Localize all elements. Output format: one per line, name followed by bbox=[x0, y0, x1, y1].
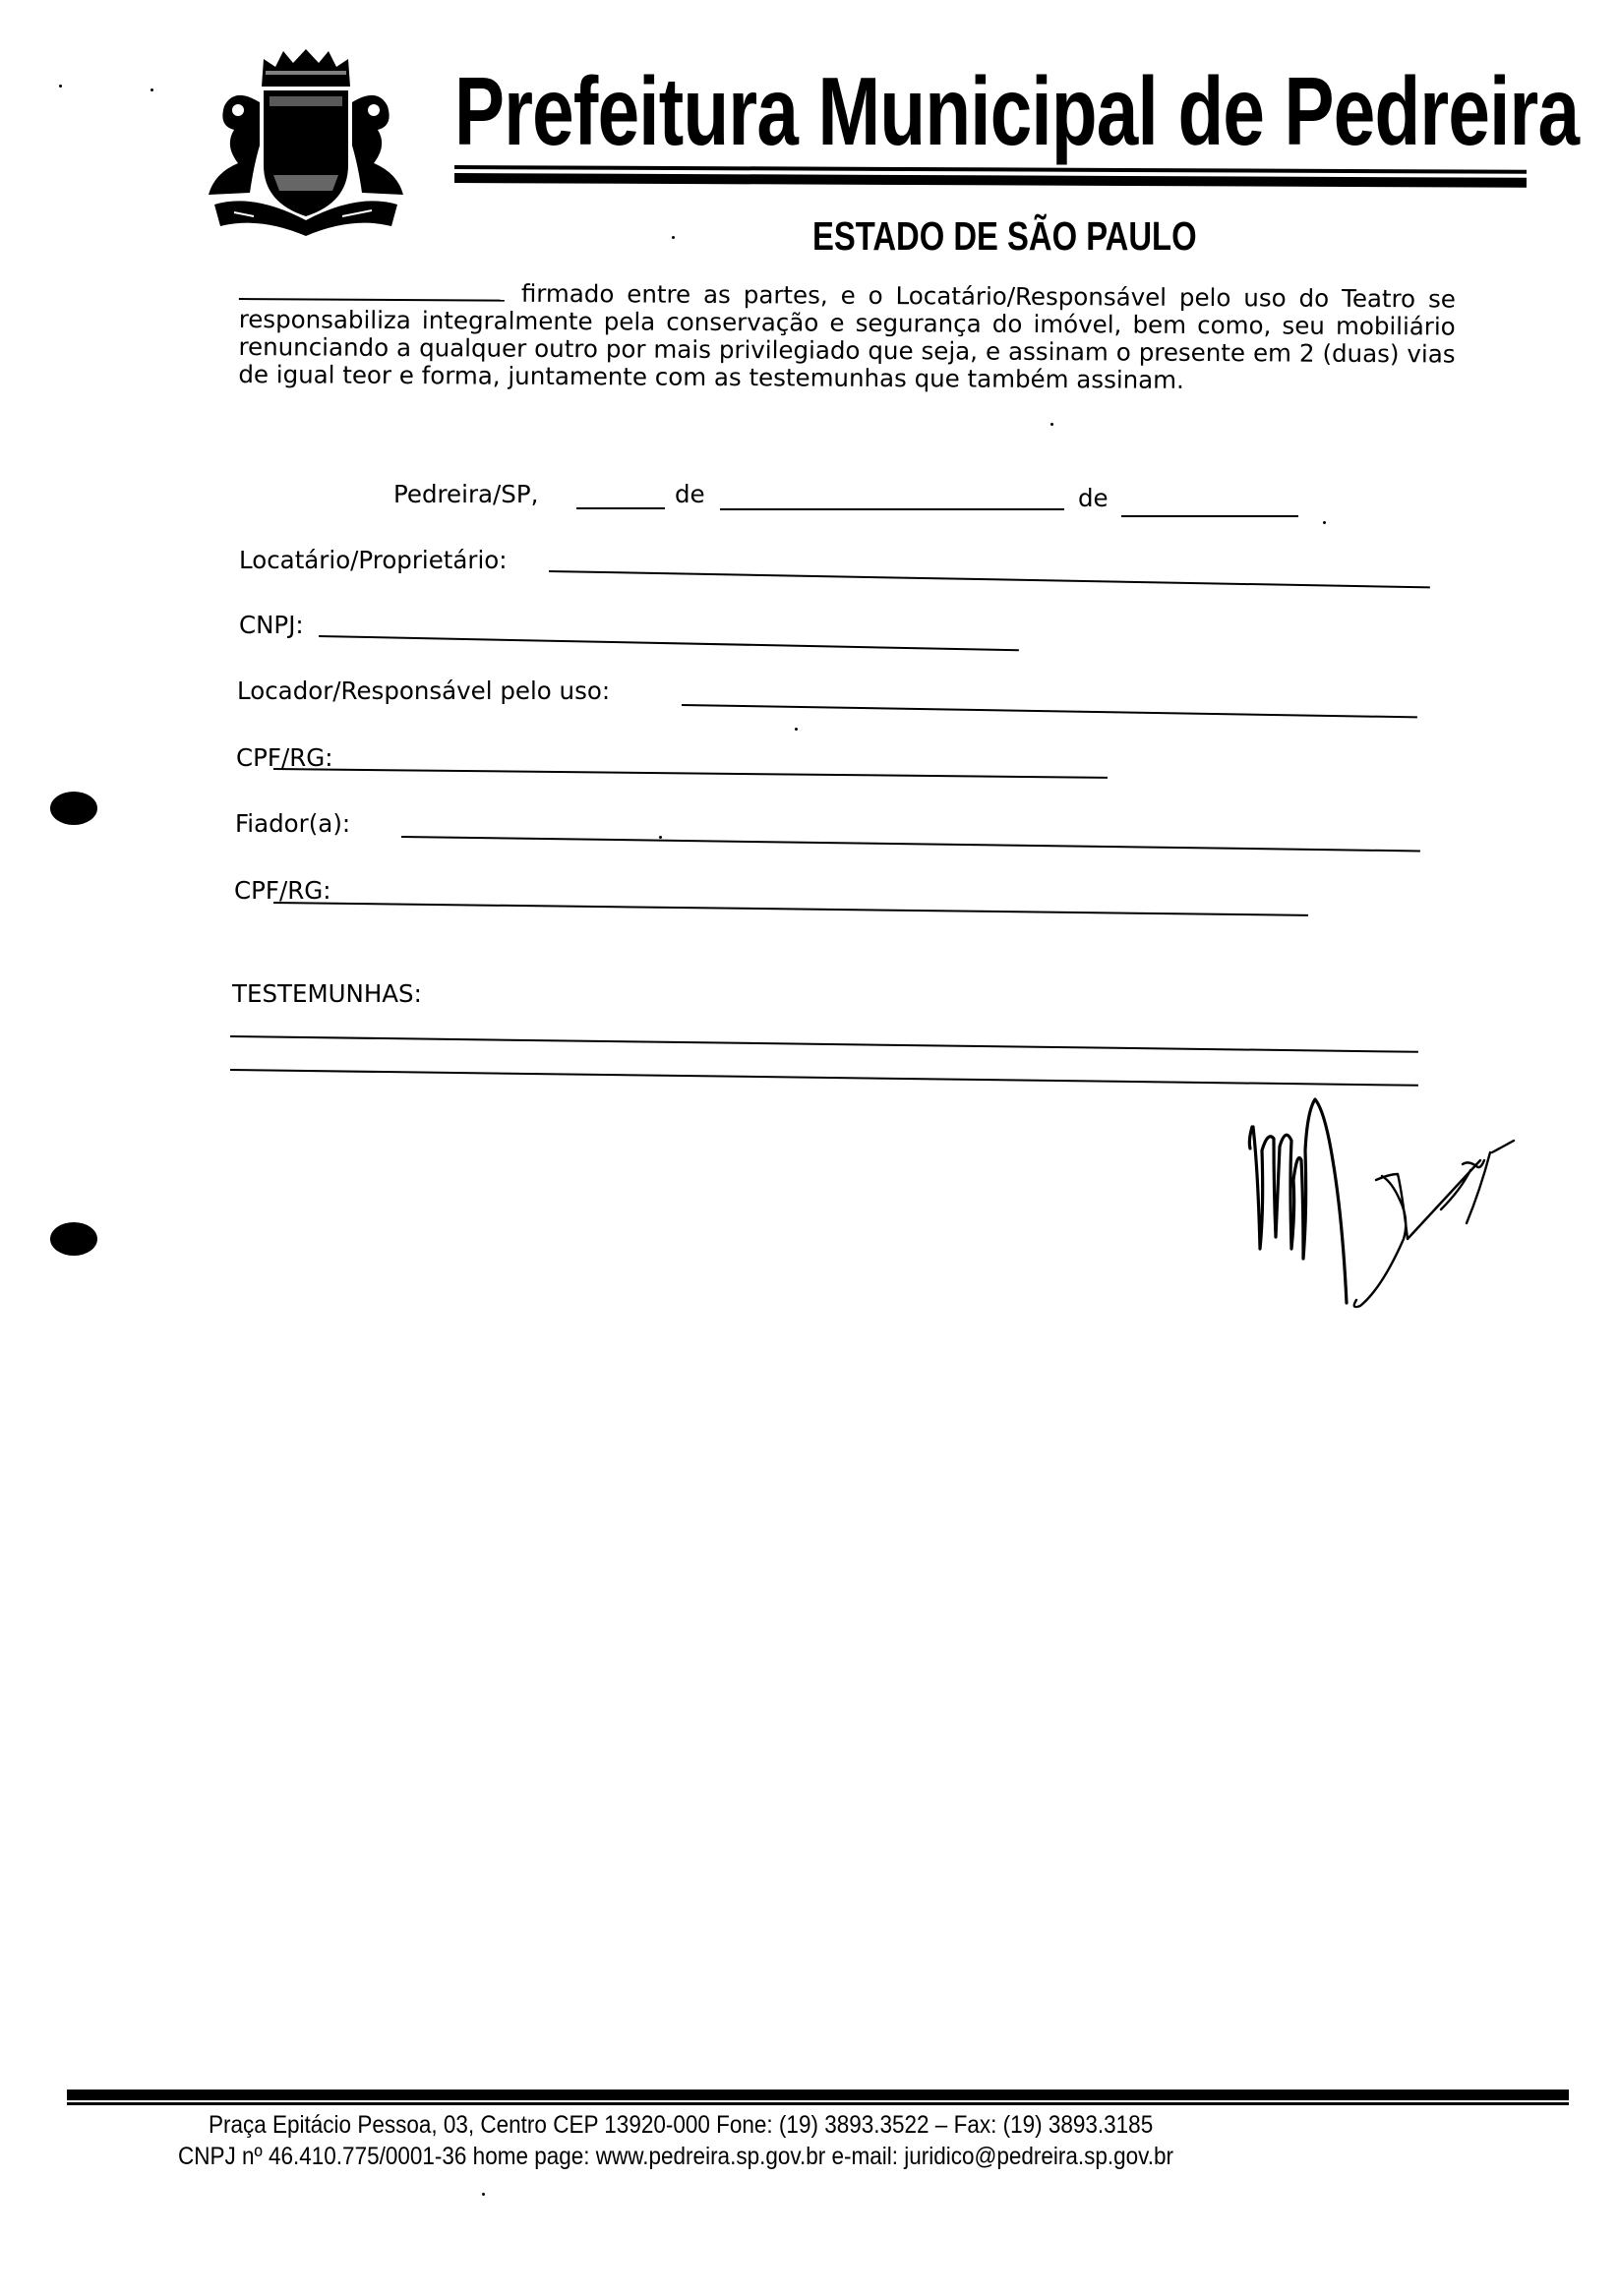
fiador-label: Fiador(a): bbox=[235, 809, 350, 839]
scan-speck bbox=[672, 236, 675, 239]
footer-rule-thin bbox=[67, 2102, 1569, 2105]
contract-blank-field[interactable] bbox=[239, 278, 505, 302]
contract-paragraph: firmado entre as partes, e o Locatário/R… bbox=[238, 278, 1456, 396]
day-field[interactable] bbox=[576, 507, 665, 509]
scan-speck bbox=[482, 2193, 485, 2196]
locador-field[interactable] bbox=[682, 704, 1417, 718]
witness-2-field[interactable] bbox=[230, 1069, 1418, 1087]
footer-contact: CNPJ nº 46.410.775/0001-36 home page: ww… bbox=[178, 2143, 1173, 2170]
footer-address: Praça Epitácio Pessoa, 03, Centro CEP 13… bbox=[209, 2111, 1153, 2139]
scan-speck bbox=[659, 836, 662, 839]
header-rule-thin bbox=[454, 165, 1527, 174]
state-subtitle: ESTADO DE SÃO PAULO bbox=[812, 214, 1197, 258]
date-city-label: Pedreira/SP, bbox=[393, 480, 538, 509]
witnesses-label: TESTEMUNHAS: bbox=[232, 979, 422, 1009]
handwritten-signatures bbox=[1234, 1091, 1529, 1377]
witness-1-field[interactable] bbox=[230, 1035, 1418, 1053]
locatario-label: Locatário/Proprietário: bbox=[239, 546, 508, 575]
fiador-field[interactable] bbox=[401, 836, 1420, 852]
punch-hole bbox=[50, 1222, 97, 1256]
locatario-field[interactable] bbox=[549, 570, 1430, 588]
coat-of-arms-logo bbox=[195, 47, 417, 240]
punch-hole bbox=[50, 792, 97, 825]
cpf-rg-field[interactable] bbox=[273, 768, 1108, 779]
organization-title: Prefeitura Municipal de Pedreira bbox=[454, 57, 1290, 165]
scan-speck bbox=[1050, 423, 1053, 426]
scan-speck bbox=[1323, 521, 1326, 524]
scan-speck bbox=[150, 88, 153, 91]
fiador-cpf-rg-field[interactable] bbox=[273, 902, 1308, 916]
year-field[interactable] bbox=[1121, 515, 1298, 517]
locador-label: Locador/Responsável pelo uso: bbox=[237, 677, 610, 706]
header-rule-thick bbox=[454, 173, 1527, 188]
date-de-label: de bbox=[1078, 484, 1109, 513]
month-field[interactable] bbox=[720, 508, 1064, 510]
scan-speck bbox=[795, 728, 798, 731]
cnpj-field[interactable] bbox=[319, 635, 1019, 651]
cnpj-label: CNPJ: bbox=[239, 611, 304, 640]
scan-speck bbox=[59, 85, 62, 88]
footer-rule-thick bbox=[67, 2090, 1569, 2100]
date-de-label: de bbox=[675, 480, 705, 509]
